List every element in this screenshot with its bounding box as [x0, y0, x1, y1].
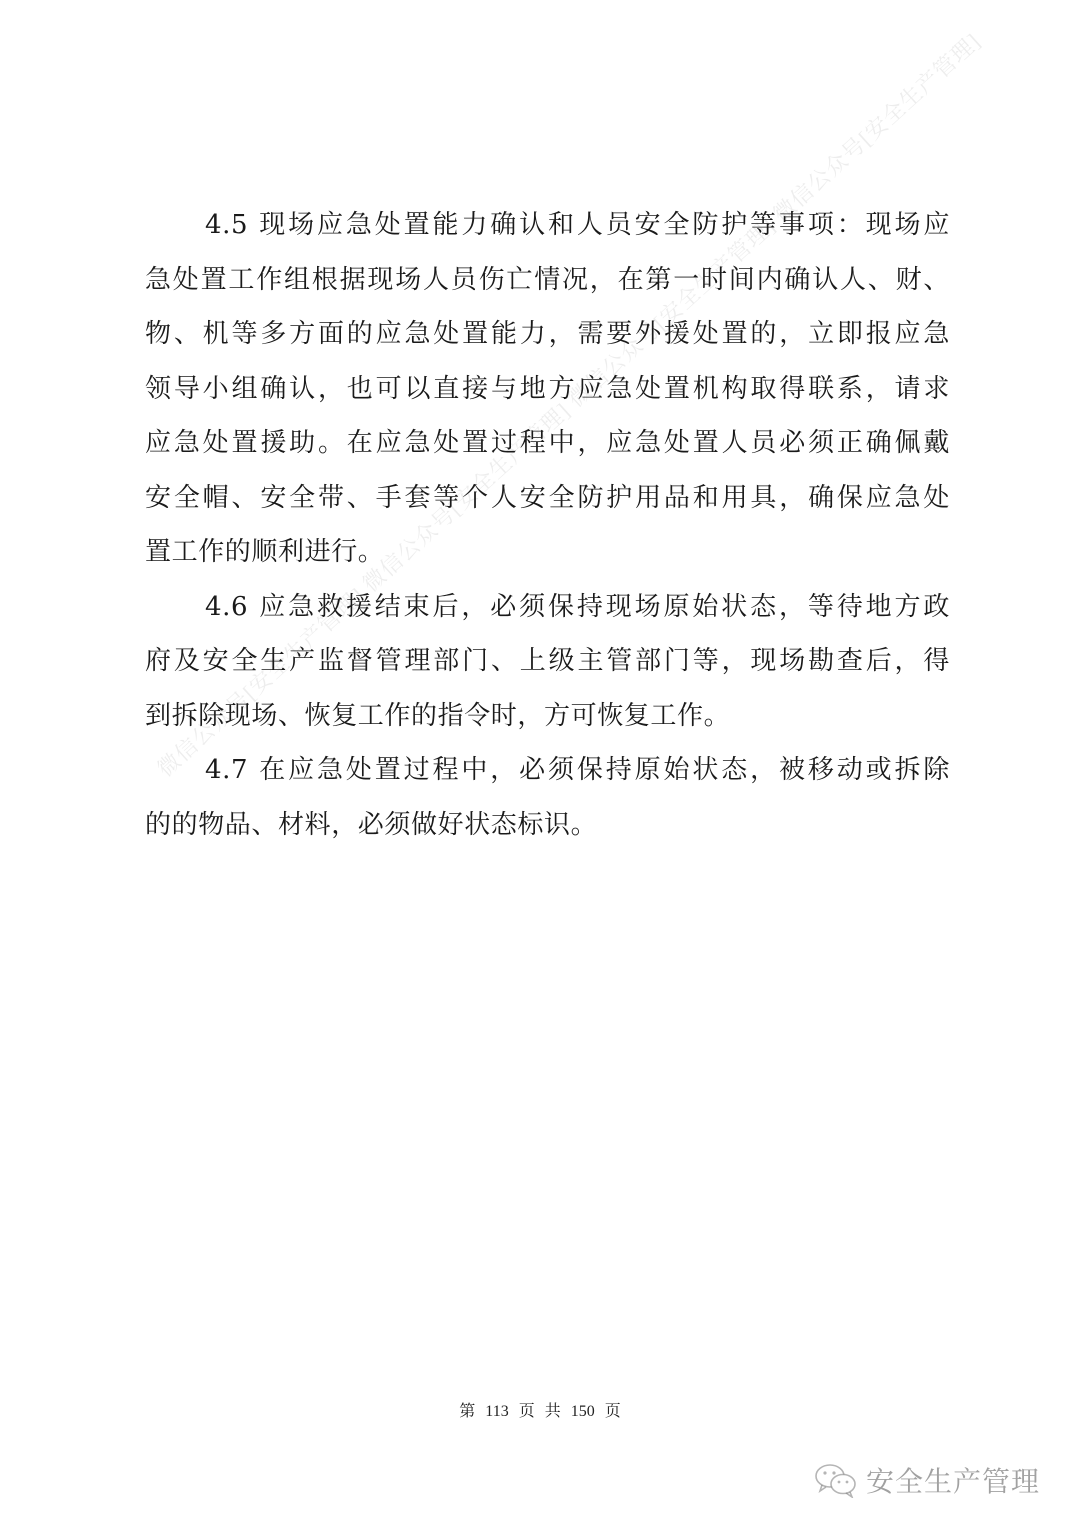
- wechat-icon: [814, 1462, 858, 1498]
- text-line: 4.7 在应急处置过程中，必须保持原始状态，被移动或拆除: [145, 743, 950, 798]
- text-line: 应急处置援助。在应急处置过程中，应急处置人员必须正确佩戴: [145, 416, 950, 471]
- text-line: 置工作的顺利进行。: [145, 525, 950, 580]
- text-line: 急处置工作组根据现场人员伤亡情况，在第一时间内确认人、财、: [145, 253, 950, 308]
- text-line: 的的物品、材料，必须做好状态标识。: [145, 798, 950, 853]
- brand-watermark: 安全生产管理: [814, 1460, 1040, 1500]
- document-body: 4.5 现场应急处置能力确认和人员安全防护等事项：现场应 急处置工作组根据现场人…: [145, 198, 950, 852]
- text-line: 物、机等多方面的应急处置能力，需要外援处置的，立即报应急: [145, 307, 950, 362]
- brand-name: 安全生产管理: [866, 1460, 1040, 1500]
- text-line: 安全帽、安全带、手套等个人安全防护用品和用具，确保应急处: [145, 471, 950, 526]
- text-line: 到拆除现场、恢复工作的指令时，方可恢复工作。: [145, 689, 950, 744]
- text-line: 4.5 现场应急处置能力确认和人员安全防护等事项：现场应: [145, 198, 950, 253]
- page-number: 第 113 页 共 150 页: [0, 1398, 1080, 1421]
- paragraph-4-7: 4.7 在应急处置过程中，必须保持原始状态，被移动或拆除 的的物品、材料，必须做…: [145, 743, 950, 852]
- text-line: 领导小组确认，也可以直接与地方应急处置机构取得联系，请求: [145, 362, 950, 417]
- paragraph-4-6: 4.6 应急救援结束后，必须保持现场原始状态，等待地方政 府及安全生产监督管理部…: [145, 580, 950, 744]
- document-page: 微信公众号[安全生产管理] 微信公众号[安全生产管理] 微信公众号[安全生产管理…: [0, 0, 1080, 1528]
- paragraph-4-5: 4.5 现场应急处置能力确认和人员安全防护等事项：现场应 急处置工作组根据现场人…: [145, 198, 950, 580]
- text-line: 4.6 应急救援结束后，必须保持现场原始状态，等待地方政: [145, 580, 950, 635]
- text-line: 府及安全生产监督管理部门、上级主管部门等，现场勘查后，得: [145, 634, 950, 689]
